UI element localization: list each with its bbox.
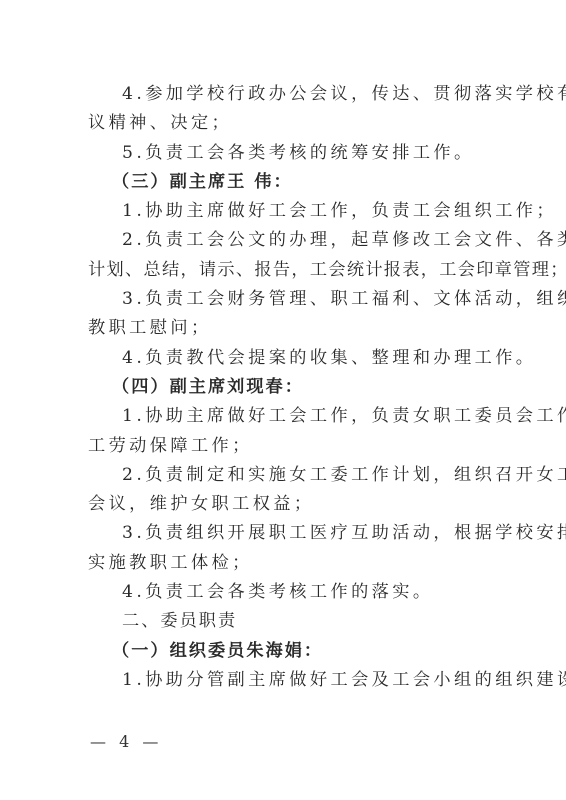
paragraph-line: 实施教职工体检； xyxy=(88,549,484,578)
paragraph-line: 工劳动保障工作； xyxy=(88,432,484,461)
subheading-vice-chair-liu: （四）副主席刘现春： xyxy=(88,373,484,402)
paragraph-line: 3.负责组织开展职工医疗互助活动，根据学校安排组织 xyxy=(88,519,484,548)
paragraph-line: 5.负责工会各类考核的统筹安排工作。 xyxy=(88,139,484,168)
paragraph-line: 1.协助主席做好工会工作，负责工会组织工作； xyxy=(88,197,484,226)
paragraph-line: 2.负责工会公文的办理，起草修改工会文件、各类工作 xyxy=(88,226,484,255)
section-heading-committee-duties: 二、委员职责 xyxy=(88,607,484,636)
subheading-vice-chair-wang: （三）副主席王 伟： xyxy=(88,168,484,197)
paragraph-line: 1.协助分管副主席做好工会及工会小组的组织建设； xyxy=(88,666,484,695)
paragraph-line: 计划、总结，请示、报告，工会统计报表，工会印章管理； xyxy=(88,256,484,285)
paragraph-line: 4.负责工会各类考核工作的落实。 xyxy=(88,578,484,607)
paragraph-line: 2.负责制定和实施女工委工作计划，组织召开女工委员 xyxy=(88,461,484,490)
paragraph-line: 4.负责教代会提案的收集、整理和办理工作。 xyxy=(88,344,484,373)
subheading-committee-zhu: （一）组织委员朱海娟： xyxy=(88,637,484,666)
paragraph-line: 教职工慰问； xyxy=(88,314,484,343)
paragraph-line: 1.协助主席做好工会工作，负责女职工委员会工作、职 xyxy=(88,402,484,431)
paragraph-line: 3.负责工会财务管理、职工福利、文体活动，组织开展 xyxy=(88,285,484,314)
document-body: 4.参加学校行政办公会议，传达、贯彻落实学校有关会 议精神、决定； 5.负责工会… xyxy=(88,80,484,695)
paragraph-line: 议精神、决定； xyxy=(88,109,484,138)
paragraph-line: 4.参加学校行政办公会议，传达、贯彻落实学校有关会 xyxy=(88,80,484,109)
paragraph-line: 会议，维护女职工权益； xyxy=(88,490,484,519)
page-number: — 4 — xyxy=(90,732,162,751)
document-page: 4.参加学校行政办公会议，传达、贯彻落实学校有关会 议精神、决定； 5.负责工会… xyxy=(0,0,566,800)
